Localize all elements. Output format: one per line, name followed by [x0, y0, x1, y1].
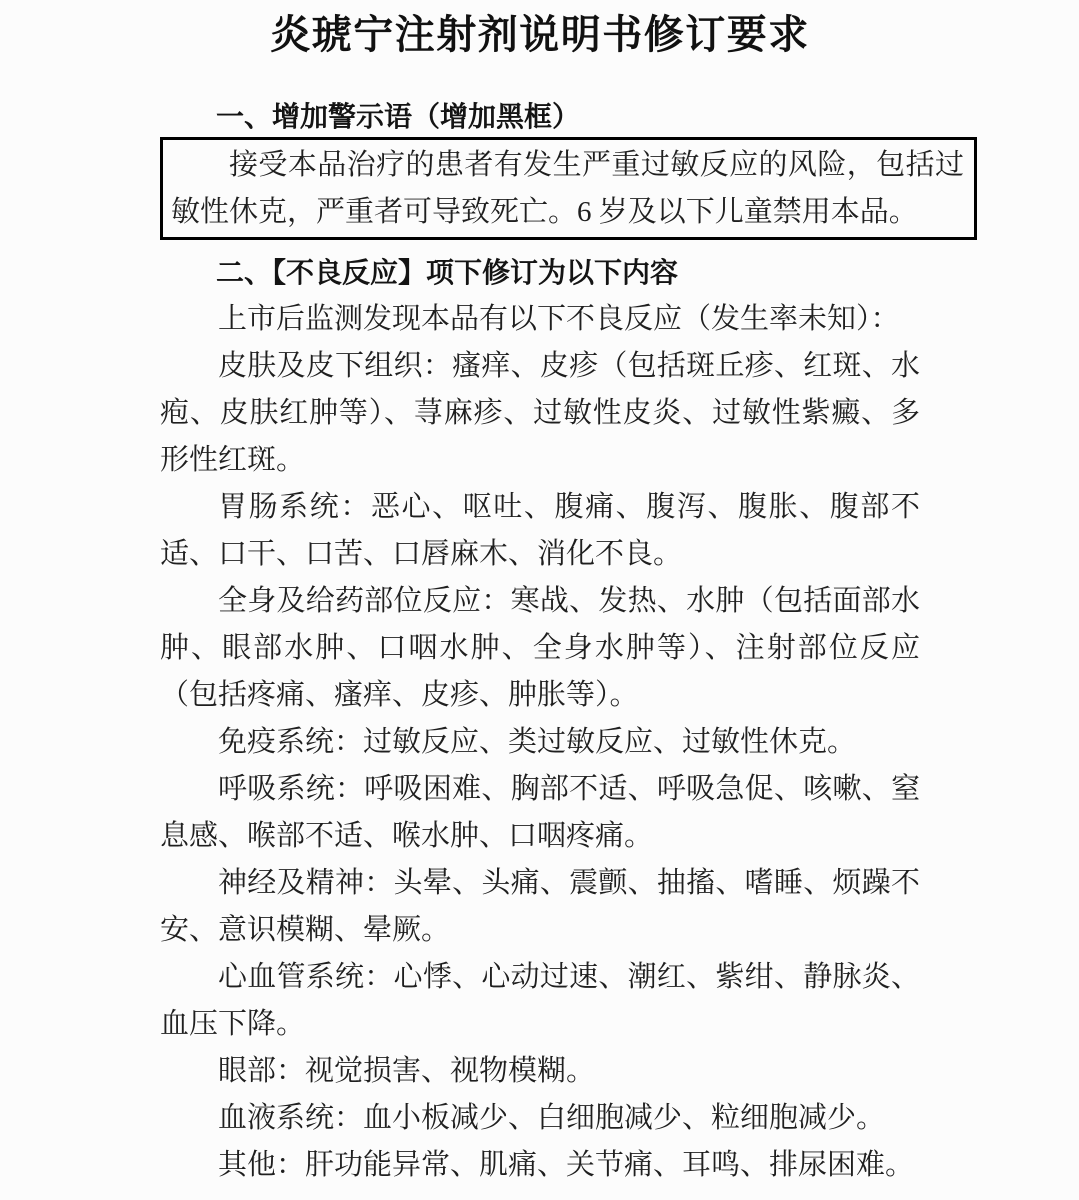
adverse-reaction-item-immune: 免疫系统：过敏反应、类过敏反应、过敏性休克。 — [160, 719, 920, 766]
warning-box: 接受本品治疗的患者有发生严重过敏反应的风险，包括过敏性休克，严重者可导致死亡。6… — [160, 137, 977, 240]
adverse-reaction-item-neuro-psychiatric: 神经及精神：头晕、头痛、震颤、抽搐、嗜睡、烦躁不安、意识模糊、晕厥。 — [160, 860, 920, 954]
document-title: 炎琥宁注射剂说明书修订要求 — [160, 12, 920, 58]
adverse-reaction-item-gastrointestinal: 胃肠系统：恶心、呕吐、腹痛、腹泻、腹胀、腹部不适、口干、口苦、口唇麻木、消化不良… — [160, 484, 920, 578]
adverse-reaction-item-eye: 眼部：视觉损害、视物模糊。 — [160, 1048, 920, 1095]
section1-heading: 一、增加警示语（增加黑框） — [160, 97, 920, 137]
adverse-reaction-item-skin: 皮肤及皮下组织：瘙痒、皮疹（包括斑丘疹、红斑、水疱、皮肤红肿等）、荨麻疹、过敏性… — [160, 343, 920, 484]
adverse-reactions-intro: 上市后监测发现本品有以下不良反应（发生率未知）： — [160, 296, 920, 343]
section2-heading: 二、【不良反应】项下修订为以下内容 — [160, 249, 920, 296]
adverse-reaction-item-respiratory: 呼吸系统：呼吸困难、胸部不适、呼吸急促、咳嗽、窒息感、喉部不适、喉水肿、口咽疼痛… — [160, 766, 920, 860]
adverse-reaction-item-systemic: 全身及给药部位反应：寒战、发热、水肿（包括面部水肿、眼部水肿、口咽水肿、全身水肿… — [160, 578, 920, 719]
document-page: 炎琥宁注射剂说明书修订要求 一、增加警示语（增加黑框） 接受本品治疗的患者有发生… — [0, 0, 1079, 1200]
adverse-reaction-item-blood: 血液系统：血小板减少、白细胞减少、粒细胞减少。 — [160, 1095, 920, 1142]
warning-text: 接受本品治疗的患者有发生严重过敏反应的风险，包括过敏性休克，严重者可导致死亡。6… — [171, 142, 964, 236]
adverse-reaction-item-cardiovascular: 心血管系统：心悸、心动过速、潮红、紫绀、静脉炎、血压下降。 — [160, 954, 920, 1048]
adverse-reaction-item-other: 其他：肝功能异常、肌痛、关节痛、耳鸣、排尿困难。 — [160, 1142, 920, 1189]
